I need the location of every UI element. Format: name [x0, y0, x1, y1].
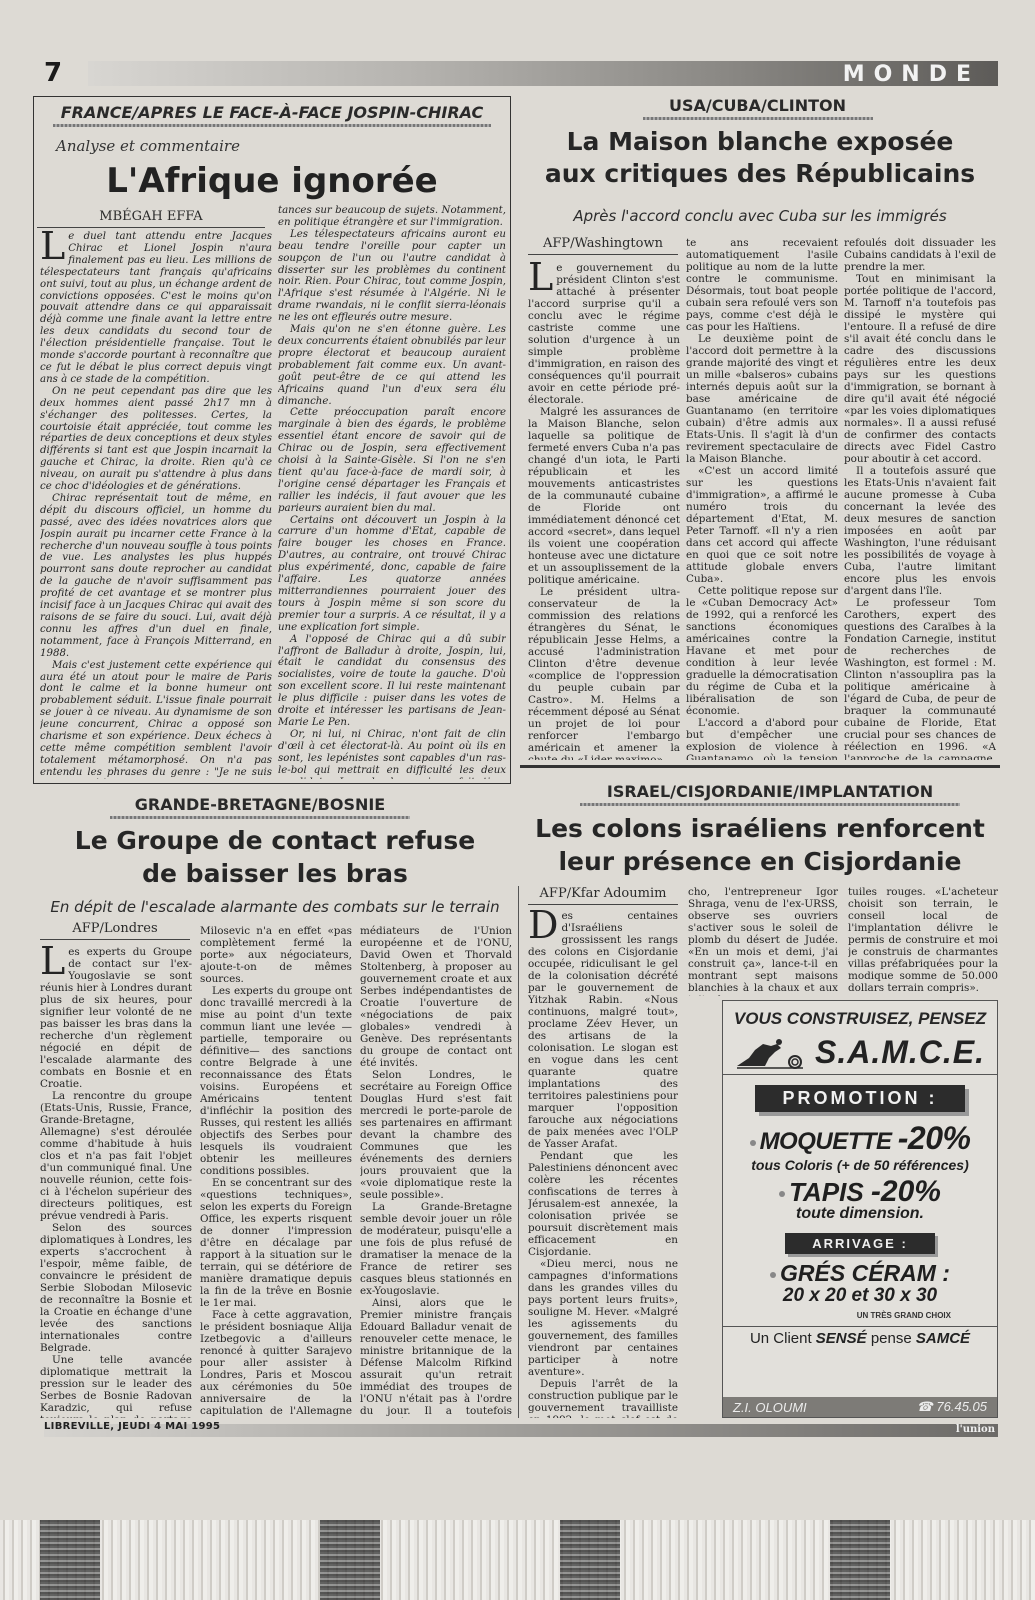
- section-label: MONDE: [843, 62, 980, 87]
- paragraph: te ans recevaient automatiquement l'asil…: [686, 237, 838, 333]
- ad-promotion-banner: PROMOTION :: [755, 1085, 965, 1112]
- paragraph: tances sur beaucoup de sujets. Notamment…: [278, 205, 506, 229]
- section-divider: [520, 765, 1000, 768]
- paragraph: Or, ni lui, ni Chirac, n'ont fait de cli…: [278, 729, 506, 779]
- article-column-3: refoulés doit dissuader les Cubains cand…: [844, 237, 996, 760]
- paragraph: Selon Londres, le secrétaire au Foreign …: [360, 1069, 512, 1201]
- bullet-icon: [750, 1140, 756, 1146]
- paragraph: On ne peut cependant pas dire que les de…: [40, 386, 272, 493]
- article-byline: AFP/Kfar Adoumim: [528, 886, 678, 905]
- paragraph: Le président ultra-conservateur de la co…: [528, 586, 680, 760]
- phone-icon: ☎: [917, 1399, 933, 1414]
- article-column-3: tuiles rouges. «L'acheteur choisit son t…: [848, 886, 998, 996]
- paragraph: Cette préoccupation paraît encore margin…: [278, 407, 506, 514]
- article-column-1: Le duel tant attendu entre Jacques Chira…: [40, 231, 272, 779]
- ad-offer-detail: toute dimension.: [723, 1205, 997, 1223]
- paragraph: Le duel tant attendu entre Jacques Chira…: [40, 231, 272, 386]
- paragraph: L'accord a d'abord pour but d'empêcher u…: [686, 717, 838, 760]
- article-byline: MBÉGAH EFFA: [37, 209, 265, 228]
- scan-band: [320, 1520, 380, 1600]
- title-line: La Maison blanche exposée: [520, 126, 1000, 158]
- worker-laying-carpet-icon: [735, 1036, 805, 1070]
- paragraph: Le deuxième point de l'accord doit perme…: [686, 333, 838, 465]
- paragraph: Mais c'est justement cette expérience qu…: [40, 660, 272, 779]
- article-subtitle: En dépit de l'escalade alarmante des com…: [35, 898, 515, 916]
- paragraph: Une telle avancée diplomatique mettrait …: [40, 1354, 192, 1418]
- paragraph: Le professeur Tom Carothers, expert des …: [844, 597, 996, 760]
- ad-offer-detail: 20 x 20 et 30 x 30: [723, 1285, 997, 1307]
- paragraph: refoulés doit dissuader les Cubains cand…: [844, 237, 996, 273]
- paragraph: Il a toutefois assuré que les Etats-Unis…: [844, 465, 996, 597]
- paragraph: Cette politique repose sur le «Cuban Dem…: [686, 585, 838, 717]
- newspaper-page: 7 MONDE FRANCE/APRES LE FACE-À-FACE JOSP…: [0, 0, 1035, 1520]
- paragraph: Pendant que les Palestiniens dénoncent a…: [528, 1150, 678, 1258]
- ad-headline: VOUS CONSTRUISEZ, PENSEZ: [723, 1009, 997, 1029]
- article-byline: AFP/Londres: [40, 921, 190, 940]
- paragraph: En se concentrant sur des «questions tec…: [200, 1177, 352, 1309]
- bullet-icon: [770, 1272, 776, 1278]
- ad-choice-note: UN TRÈS GRAND CHOIX: [723, 1311, 951, 1320]
- scan-artifact: [0, 1520, 1035, 1600]
- article-title: La Maison blanche exposée aux critiques …: [520, 126, 1000, 190]
- paragraph: Chirac représentait tout de même, en dép…: [40, 493, 272, 660]
- paragraph: Tout en minimisant la portée politique d…: [844, 273, 996, 465]
- title-line: leur présence en Cisjordanie: [520, 845, 1000, 878]
- article-column-2: cho, l'entrepreneur Igor Shraga, venu de…: [688, 886, 838, 996]
- paragraph: Les experts du Groupe de contact sur l'e…: [40, 946, 192, 1090]
- title-line: de baisser les bras: [35, 857, 515, 890]
- article-kicker: ISRAEL/CISJORDANIE/IMPLANTATION: [560, 782, 980, 806]
- section-bar: MONDE: [88, 61, 998, 86]
- kicker-text: GRANDE-BRETAGNE/BOSNIE: [135, 795, 385, 814]
- article-kicker: GRANDE-BRETAGNE/BOSNIE: [110, 795, 410, 819]
- paragraph: Malgré les assurances de la Maison Blanc…: [528, 406, 680, 586]
- paragraph: cho, l'entrepreneur Igor Shraga, venu de…: [688, 886, 838, 996]
- dropcap: L: [40, 231, 68, 261]
- ad-brand-name: S.A.M.C.E.: [815, 1034, 985, 1071]
- paragraph: Ainsi, alors que le Premier ministre fra…: [360, 1297, 512, 1418]
- paragraph: Certains ont découvert un Jospin à la ca…: [278, 515, 506, 634]
- ad-brand-row: S.A.M.C.E.: [723, 1035, 997, 1075]
- dropcap: D: [528, 910, 561, 940]
- article-column-2: tances sur beaucoup de sujets. Notamment…: [278, 205, 506, 779]
- article-subtitle: Après l'accord conclu avec Cuba sur les …: [520, 207, 1000, 225]
- article-byline: AFP/Washingtown: [528, 236, 678, 255]
- ad-offer-tapis: TAPIS -20%: [723, 1175, 997, 1209]
- article-column-2: Milosevic n'a en effet «pas complètement…: [200, 925, 352, 1418]
- ad-slogan: Un Client SENSÉ pense SAMCÉ: [723, 1326, 997, 1347]
- title-line: Les colons israéliens renforcent: [520, 812, 1000, 845]
- scan-band: [560, 1520, 620, 1600]
- article-column-1: Des centaines d'Israéliens grossissent l…: [528, 910, 678, 1418]
- paragraph: Des centaines d'Israéliens grossissent l…: [528, 910, 678, 1150]
- kicker-text: FRANCE/APRES LE FACE-À-FACE JOSPIN-CHIRA…: [61, 103, 484, 122]
- paragraph: «Dieu merci, nous ne campagnes d'informa…: [528, 1258, 678, 1378]
- paragraph: Selon des sources diplomatiques à Londre…: [40, 1222, 192, 1354]
- ad-offer-gres-ceram: GRÉS CÉRAM :: [723, 1260, 997, 1287]
- article-france: FRANCE/APRES LE FACE-À-FACE JOSPIN-CHIRA…: [33, 96, 511, 784]
- paragraph: Depuis l'arrêt de la construction publiq…: [528, 1378, 678, 1418]
- kicker-rule: [53, 124, 491, 127]
- paragraph: La rencontre du groupe (Etats-Unis, Russ…: [40, 1090, 192, 1222]
- footer-paper-name: l'union: [956, 1424, 995, 1435]
- paragraph: Mais qu'on ne s'en étonne guère. Les deu…: [278, 324, 506, 407]
- bullet-icon: [779, 1191, 785, 1197]
- paragraph: médiateurs de l'Union européenne et de l…: [360, 925, 512, 1069]
- article-subkicker: Analyse et commentaire: [56, 137, 240, 155]
- paragraph: A l'opposé de Chirac qui a dû subir l'af…: [278, 634, 506, 729]
- article-column-3: médiateurs de l'Union européenne et de l…: [360, 925, 512, 1418]
- article-title: Le Groupe de contact refuse de baisser l…: [35, 824, 515, 890]
- paragraph: Les experts du groupe ont donc travaillé…: [200, 985, 352, 1177]
- title-line: Le Groupe de contact refuse: [35, 824, 515, 857]
- ad-phone: ☎ 76.45.05: [917, 1399, 987, 1415]
- dropcap: L: [528, 262, 556, 292]
- scan-band: [40, 1520, 100, 1600]
- kicker-rule: [110, 816, 410, 819]
- kicker-rule: [643, 117, 873, 120]
- kicker-rule: [580, 803, 960, 806]
- paragraph: «C'est un accord limité sur les question…: [686, 465, 838, 585]
- article-column-2: te ans recevaient automatiquement l'asil…: [686, 237, 838, 760]
- paragraph: Milosevic n'a en effet «pas complètement…: [200, 925, 352, 985]
- ad-address: Z.I. OLOUMI: [733, 1400, 807, 1415]
- paragraph: tuiles rouges. «L'acheteur choisit son t…: [848, 886, 998, 994]
- ad-offer-detail: tous Coloris (+ de 50 références): [723, 1157, 997, 1173]
- advertisement-samce: VOUS CONSTRUISEZ, PENSEZ S.A.M.C.E. PROM…: [722, 1000, 998, 1418]
- article-kicker: FRANCE/APRES LE FACE-À-FACE JOSPIN-CHIRA…: [44, 103, 500, 127]
- paragraph: Face à cette aggravation, le président b…: [200, 1309, 352, 1418]
- paragraph: Les télespectateurs africains auront eu …: [278, 229, 506, 324]
- ad-offer-moquette: MOQUETTE -20%: [723, 1120, 997, 1157]
- footer-dateline: LIBREVILLE, JEUDI 4 MAI 1995: [44, 1421, 220, 1432]
- kicker-text: USA/CUBA/CLINTON: [669, 96, 846, 115]
- page-number: 7: [44, 58, 62, 88]
- article-column-1: Le gouvernement du président Clinton s'e…: [528, 262, 680, 760]
- article-column-1: Les experts du Groupe de contact sur l'e…: [40, 946, 192, 1418]
- article-kicker: USA/CUBA/CLINTON: [530, 96, 985, 120]
- scan-band: [830, 1520, 890, 1600]
- article-title: Les colons israéliens renforcent leur pr…: [520, 812, 1000, 878]
- column-divider: [518, 886, 519, 1418]
- ad-arrivage-banner: ARRIVAGE :: [785, 1233, 935, 1254]
- paragraph: La Grande-Bretagne semble devoir jouer u…: [360, 1201, 512, 1297]
- ad-contact-bar: Z.I. OLOUMI ☎ 76.45.05: [723, 1397, 997, 1417]
- paragraph: Le gouvernement du président Clinton s'e…: [528, 262, 680, 406]
- article-title: L'Afrique ignorée: [34, 161, 510, 201]
- dropcap: L: [40, 946, 68, 976]
- title-line: aux critiques des Républicains: [520, 158, 1000, 190]
- kicker-text: ISRAEL/CISJORDANIE/IMPLANTATION: [607, 782, 933, 801]
